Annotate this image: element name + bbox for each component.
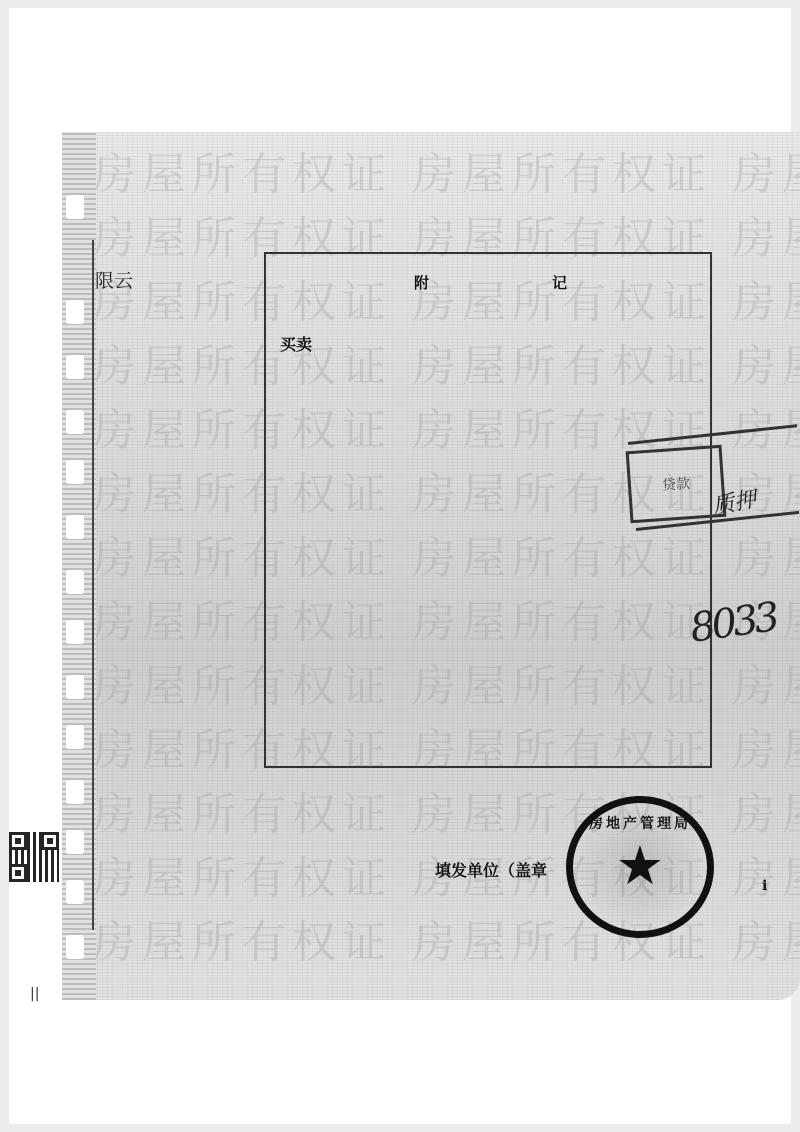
notes-title-left: 附 (414, 272, 429, 293)
punch-hole (66, 355, 84, 379)
seal-text: 房地产管理局 (573, 813, 707, 833)
punch-hole (66, 780, 84, 804)
punch-hole (66, 620, 84, 644)
punch-hole (66, 675, 84, 699)
issuer-label: 填发单位（盖章 (435, 858, 547, 881)
bottom-mark: || (30, 986, 39, 1002)
punch-hole (66, 935, 84, 959)
rectangular-stamp: 贷款 (626, 445, 727, 524)
punch-hole (66, 880, 84, 904)
notes-title-right: 记 (552, 272, 567, 293)
binding-edge (62, 132, 96, 1000)
qr-finder (9, 832, 27, 850)
punch-hole (66, 830, 84, 854)
punch-hole (66, 195, 84, 219)
margin-rule (92, 240, 94, 930)
punch-hole (66, 515, 84, 539)
punch-hole (66, 460, 84, 484)
margin-text: 限云 (95, 266, 133, 293)
punch-hole (66, 570, 84, 594)
qr-finder (9, 864, 27, 882)
star-icon: ★ (616, 839, 664, 893)
qr-finder (41, 832, 59, 850)
page-mark: i (762, 878, 767, 894)
qr-code-icon (9, 832, 59, 882)
official-seal: 房地产管理局 ★ (566, 796, 714, 938)
notes-body: 买卖 (280, 332, 312, 355)
punch-hole (66, 410, 84, 434)
punch-hole (66, 300, 84, 324)
punch-hole (66, 725, 84, 749)
watermark-row: 房屋所有权证 房屋所有权证 房屋所有权证 (92, 138, 800, 202)
